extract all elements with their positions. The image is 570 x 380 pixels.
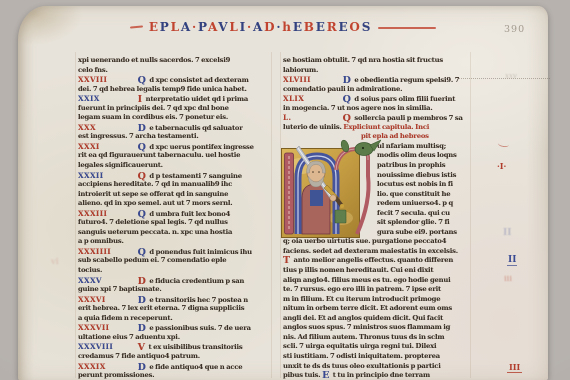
- chapter-numeral: XLIX: [283, 94, 341, 104]
- body-text: d umbra fuit lex bono4: [149, 210, 230, 218]
- manuscript-line: T anto melior angelis effectus. quanto d…: [283, 256, 471, 266]
- body-text: e tabernaculis qd saluator: [149, 124, 242, 132]
- body-text: tius p illis nomen hereditauit. Cui eni …: [283, 266, 433, 274]
- body-text: scli. 7 uirga equitatis uirga regni tui.…: [283, 342, 436, 350]
- body-text: m in filium. Et cu iterum introducit pri…: [283, 295, 440, 303]
- pencil-annotation: xxv: [505, 72, 517, 80]
- margin-flourish: [498, 140, 510, 148]
- header-flourish-right: [378, 27, 436, 29]
- header-letter: A: [253, 20, 264, 34]
- manuscript-line: XLIX Q d soius pars olim filii fuerint: [283, 94, 471, 104]
- manuscript-line: in mogencia. 7 ut nos agere nos in simil…: [283, 104, 471, 114]
- paul-tunic: [310, 190, 323, 206]
- historiated-initial-M: [281, 136, 381, 240]
- body-text: dei. 7 qd hebrea legalis temp9 fide unic…: [78, 85, 247, 93]
- manuscript-line: fuerunt in principiis dei. 7 qd xpc dnl …: [78, 104, 276, 114]
- body-text: locutus est nobis in fi: [377, 180, 453, 188]
- body-text: patribus in prophis: [377, 161, 445, 169]
- header-letter: P: [160, 20, 171, 34]
- header-letter: D: [264, 20, 276, 34]
- manuscript-line: celo fns.: [78, 66, 276, 76]
- body-text: modis olim deus loqns: [377, 151, 457, 159]
- chapter-numeral: XXXV: [78, 276, 136, 286]
- manuscript-line: scli. 7 uirga equitatis uirga regni tui.…: [283, 342, 471, 352]
- paul-hand: [330, 195, 336, 201]
- manuscript-line: XXXIII Q d umbra fuit lex bono4: [78, 209, 276, 219]
- body-text: sollercia pauli p membros 7 sa: [354, 114, 462, 122]
- manuscript-line: perunt promissiones.: [78, 371, 276, 380]
- manuscript-line: a p omnibus.: [78, 237, 276, 247]
- ruling-line: [75, 52, 76, 378]
- body-text: nterpretatio uidet qd i prima: [146, 95, 248, 103]
- margin-ghost-mark: II: [503, 228, 511, 238]
- sword-pommel: [340, 204, 344, 208]
- body-text: anglos suos spus. 7 ministros suos flamm…: [283, 323, 450, 331]
- body-text: faciens. sedet ad dexteram maiestatis in…: [283, 247, 458, 255]
- manuscript-line: L. Q sollercia pauli p membros 7 sa: [283, 113, 471, 123]
- header-letter: V: [218, 20, 229, 34]
- manuscript-line: XXX D e tabernaculis qd saluator: [78, 123, 276, 133]
- manuscript-line: credamus 7 fide antiquo4 patrum.: [78, 352, 276, 362]
- header-letter: L: [229, 20, 239, 34]
- body-text: e fiducia credentium p san: [149, 277, 244, 285]
- body-text: ul nfariam multisq;: [377, 142, 446, 150]
- manuscript-line: XXXVIII V t ex uisibilibus transitoriis: [78, 342, 276, 352]
- manuscript-line: alieno. qd in xpo semel. aut ut 7 mors s…: [78, 199, 276, 209]
- manuscript-line: futuro4. 7 deletione spal legis. 7 qd nu…: [78, 218, 276, 228]
- manuscript-line: ultatione eius 7 aduentu xpi.: [78, 333, 276, 343]
- chapter-numeral: XXIX: [78, 94, 136, 104]
- capitula-column: xpi uenerando et nulls sacerdos. 7 excel…: [78, 56, 276, 380]
- manuscript-line: luterio de uiniis. Expliciunt capitula. …: [283, 123, 471, 133]
- body-text: luterio de uiniis.: [283, 123, 342, 131]
- header-flourish-left: [130, 25, 143, 28]
- header-letter: E: [338, 20, 349, 34]
- chapter-numeral: XXXII: [78, 171, 136, 181]
- manuscript-line: a quia fidem n receperunt.: [78, 314, 276, 324]
- chapter-numeral: XXXVIII: [78, 342, 136, 352]
- dragon-head: [355, 143, 373, 156]
- paul-eye: [312, 171, 314, 173]
- manuscript-line: XXXVI D e transitoriis hec 7 postea n: [78, 295, 276, 305]
- header-letter: O: [349, 20, 361, 34]
- manuscript-line: XXVIII Q d xpc consistet ad dexteram: [78, 75, 276, 85]
- paul-eye: [318, 171, 320, 173]
- header-letter: h: [282, 20, 293, 34]
- manuscript-line: XXXV D e fiducia credentium p san: [78, 276, 276, 286]
- body-text: ultatione eius 7 aduentu xpi.: [78, 333, 180, 341]
- bleedthrough-ghost: vi: [51, 256, 59, 266]
- manuscript-line: nitum in orbem terre dicit. Et adorent e…: [283, 304, 471, 314]
- body-text: d soius pars olim filii fuerint: [354, 95, 455, 103]
- body-text: sanguis ueterum peccata. n. xpc una host…: [78, 228, 232, 236]
- folio-number: 390: [504, 24, 525, 35]
- chapter-numeral: XXVIII: [78, 75, 136, 85]
- manuscript-line: m in filium. Et cu iterum introducit pri…: [283, 295, 471, 305]
- manuscript-line: angli dei. Et ad anglos quidem dicit. Qu…: [283, 314, 471, 324]
- margin-chapter-mark-3: III: [507, 362, 522, 373]
- manuscript-line: sanguis ueterum peccata. n. xpc una host…: [78, 228, 276, 238]
- body-text: rit ea qd figurauerunt tabernaculu. uel …: [78, 151, 240, 159]
- header-letter: I: [240, 20, 247, 34]
- margin-chapter-mark-2: II: [507, 255, 517, 266]
- body-text: accipiens hereditate. 7 qd in manualib9 …: [78, 180, 232, 188]
- body-text: sti iustitiam. 7 odisti iniquitatem. pro…: [283, 352, 440, 360]
- body-text: celo fns.: [78, 66, 108, 74]
- body-text: e obedientia regum spelsi9. 7: [354, 76, 459, 84]
- running-header-title: EPLA·PAVLI·AD·hEBEREOS: [149, 21, 372, 33]
- manuscript-line: labiorum.: [283, 66, 471, 76]
- body-text: sub scabello pedum ei. 7 comendatio eple: [78, 256, 226, 264]
- manuscript-line: te. 7 rursus. ego ero illi in patrem. 7 …: [283, 285, 471, 295]
- manuscript-line: XXXVII D e passionibus suis. 7 de uera: [78, 323, 276, 333]
- body-text: sit splendor glie. 7 fi: [377, 218, 450, 226]
- manuscript-line: XXXII Q d p testamenti 7 sanguine: [78, 171, 276, 181]
- body-text: unxit te ds ds tuus oleo exultationis p …: [283, 362, 441, 370]
- manuscript-line: est ingressus. 7 archa testamenti.: [78, 132, 276, 142]
- manuscript-line: pibus tuis. E t tu in principio dne terr…: [283, 371, 471, 380]
- body-text: anto melior angelis effectus. quanto dif…: [294, 256, 454, 264]
- green-book: [335, 210, 346, 223]
- chapter-numeral: L.: [283, 113, 341, 123]
- body-text: d xpc consistet ad dexteram: [149, 76, 248, 84]
- body-text: d p testamenti 7 sanguine: [149, 172, 241, 180]
- ruling-line: [458, 78, 550, 79]
- body-text: e transitoriis hec 7 postea n: [149, 296, 248, 304]
- body-text: e passionibus suis. 7 de uera: [149, 324, 250, 332]
- running-header: EPLA·PAVLI·AD·hEBEREOS: [18, 21, 548, 33]
- manuscript-line: dei. 7 qd hebrea legalis temp9 fide unic…: [78, 85, 276, 95]
- body-text: nitum in orbem terre dicit. Et adorent e…: [283, 304, 452, 312]
- body-text: gura sube ei9. portans: [377, 228, 457, 236]
- body-text: erit hebrea. 7 lex erit eterna. 7 digna …: [78, 304, 244, 312]
- body-text: fecit 7 secula. qui cu: [377, 209, 450, 217]
- body-text: t ex uisibilibus transitoriis: [149, 343, 243, 351]
- manuscript-line: XXIX I nterpretatio uidet qd i prima: [78, 94, 276, 104]
- dragon-eye: [362, 147, 364, 149]
- manuscript-line: XLVIII D e obedientia regum spelsi9. 7: [283, 75, 471, 85]
- margin-faint-mark: iii: [504, 274, 512, 283]
- body-text: nis. Ad filium autem. Thronus tuus ds in…: [283, 333, 444, 341]
- body-text: xpi uenerando et nulls sacerdos. 7 excel…: [78, 56, 230, 64]
- body-text: tocius.: [78, 266, 102, 274]
- chapter-numeral: XXXVI: [78, 295, 136, 305]
- body-text: lio. que constituit he: [377, 190, 450, 198]
- manuscript-line: guine xpi 7 baptismate.: [78, 285, 276, 295]
- body-text: se hostiam obtulit. 7 qd nra hostia sit …: [283, 56, 443, 64]
- manuscript-line: unxit te ds ds tuus oleo exultationis p …: [283, 362, 471, 372]
- body-text: d xpc uerus pontifex ingresse: [149, 143, 253, 151]
- body-text: aliqn anglo4. filius meus es tu. ego hod…: [283, 276, 451, 284]
- manuscript-line: tocius.: [78, 266, 276, 276]
- body-text: guine xpi 7 baptismate.: [78, 285, 162, 293]
- body-text: comendatio pauli in admiratione.: [283, 85, 402, 93]
- capitulum-initial: T: [283, 255, 290, 266]
- body-text: futuro4. 7 deletione spal legis. 7 qd nu…: [78, 218, 228, 226]
- header-letter: E: [316, 20, 327, 34]
- header-letter: A: [181, 20, 192, 34]
- capitulum-initial: E: [322, 370, 329, 380]
- manuscript-line: sub scabello pedum ei. 7 comendatio eple: [78, 256, 276, 266]
- manuscript-line: comendatio pauli in admiratione.: [283, 85, 471, 95]
- manuscript-line: xpi uenerando et nulls sacerdos. 7 excel…: [78, 56, 276, 66]
- chapter-numeral: XXXVII: [78, 323, 136, 333]
- body-text: credamus 7 fide antiquo4 patrum.: [78, 352, 200, 360]
- body-text: in mogencia. 7 ut nos agere nos in simil…: [283, 104, 433, 112]
- body-text: fuerunt in principiis dei. 7 qd xpc dnl …: [78, 104, 229, 112]
- manuscript-page: EPLA·PAVLI·AD·hEBEREOS 390 xxv xpi uener…: [18, 6, 548, 380]
- manuscript-line: erit hebrea. 7 lex erit eterna. 7 digna …: [78, 304, 276, 314]
- chapter-numeral: XLVIII: [283, 75, 341, 85]
- manuscript-line: se hostiam obtulit. 7 qd nra hostia sit …: [283, 56, 471, 66]
- body-text: angli dei. Et ad anglos quidem dicit. Qu…: [283, 314, 443, 322]
- header-letter: R: [327, 20, 339, 34]
- header-letter: L: [171, 20, 181, 34]
- header-letter: S: [362, 20, 372, 34]
- header-letter: P: [198, 20, 208, 34]
- manuscript-line: sti iustitiam. 7 odisti iniquitatem. pro…: [283, 352, 471, 362]
- body-text: t tu in principio dne terram: [333, 371, 430, 379]
- body-text: d ponendus fuit inimicus ihu: [149, 248, 251, 256]
- header-letter: E: [293, 20, 304, 34]
- body-text: a p omnibus.: [78, 237, 124, 245]
- chapter-numeral: XXXIX: [78, 362, 136, 372]
- body-text: redem uniuerso4. p q: [377, 199, 453, 207]
- manuscript-line: nis. Ad filium autem. Thronus tuus ds in…: [283, 333, 471, 343]
- body-text: introierit ut sepe se offerat qd in sang…: [78, 190, 228, 198]
- body-text: labiorum.: [283, 66, 318, 74]
- manuscript-line: aliqn anglo4. filius meus es tu. ego hod…: [283, 276, 471, 286]
- body-text: e fide antiquo4 que n acce: [149, 363, 242, 371]
- margin-chapter-mark-1: ·I·: [497, 161, 506, 171]
- body-text: perunt promissiones.: [78, 371, 154, 379]
- manuscript-line: legam suam in cordibus eis. 7 ponetur ei…: [78, 113, 276, 123]
- manuscript-line: legales significauerunt.: [78, 161, 276, 171]
- body-text: a quia fidem n receperunt.: [78, 314, 172, 322]
- body-text: te. 7 rursus. ego ero illi in patrem. 7 …: [283, 285, 441, 293]
- body-text: est ingressus. 7 archa testamenti.: [78, 132, 199, 140]
- body-text: legam suam in cordibus eis. 7 ponetur ei…: [78, 113, 228, 121]
- body-text: nouissime diebus istis: [377, 171, 456, 179]
- manuscript-line: introierit ut sepe se offerat qd in sang…: [78, 190, 276, 200]
- manuscript-line: rit ea qd figurauerunt tabernaculu. uel …: [78, 151, 276, 161]
- manuscript-line: accipiens hereditate. 7 qd in manualib9 …: [78, 180, 276, 190]
- manuscript-line: anglos suos spus. 7 ministros suos flamm…: [283, 323, 471, 333]
- header-letter: E: [149, 20, 160, 34]
- rubric-text: Expliciunt capitula. Inci: [343, 123, 429, 131]
- header-letter: B: [304, 20, 316, 34]
- header-letter: A: [208, 20, 218, 34]
- body-text: legales significauerunt.: [78, 161, 163, 169]
- manuscript-line: tius p illis nomen hereditauit. Cui eni …: [283, 266, 471, 276]
- body-text: alieno. qd in xpo semel. aut ut 7 mors s…: [78, 199, 232, 207]
- body-text: pibus tuis.: [283, 371, 320, 379]
- manuscript-line: XXXIX D e fide antiquo4 que n acce: [78, 362, 276, 372]
